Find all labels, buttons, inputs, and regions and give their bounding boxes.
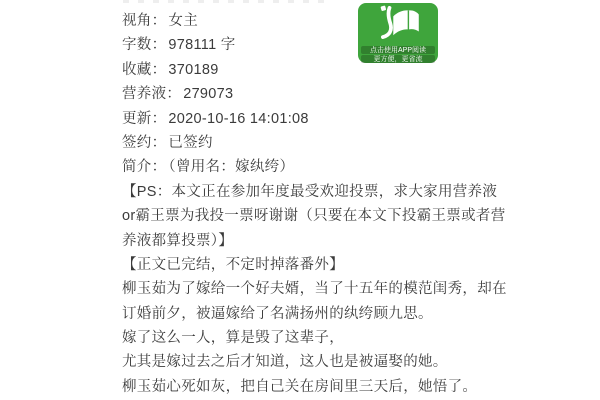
info-row-updated: 更新：2020-10-16 14:01:08 [122, 107, 492, 131]
description-line: 养液都算投票）】 [122, 229, 492, 253]
info-value: 370189 [168, 62, 218, 78]
description-line: 嫁了这么一人，算是毁了这辈子， [122, 326, 492, 350]
info-value: 已签约 [168, 135, 212, 151]
info-value: 279073 [183, 86, 233, 102]
info-label: 签约： [122, 135, 166, 151]
info-label: 收藏： [122, 62, 166, 78]
info-value: （曾用名：嫁纨绔） [168, 159, 294, 175]
description-line: or霸王票为我投一票呀谢谢（只要在本文下投霸王票或者营 [122, 204, 492, 228]
jjwxc-logo-icon [376, 5, 420, 44]
info-value: 女主 [168, 13, 198, 29]
description-line: 【PS：本文正在参加年度最受欢迎投票，求大家用营养液 [122, 180, 492, 204]
info-value: 2020-10-16 14:01:08 [168, 111, 308, 127]
description-line: 订婚前夕，被逼嫁给了名满扬州的纨绔顾九思。 [122, 302, 492, 326]
info-label: 视角： [122, 13, 166, 29]
info-row-intro: 简介：（曾用名：嫁纨绔） [122, 155, 492, 179]
info-label: 简介： [122, 159, 166, 175]
description-line: 柳玉茹为了嫁给一个好夫婿，当了十五年的模范闺秀，却在 [122, 277, 492, 301]
app-badge-text-line2: 更方便，更省流 [361, 55, 435, 63]
info-label: 更新： [122, 111, 166, 127]
clipped-text-remnant [123, 0, 328, 3]
info-row-nutrient: 营养液：279073 [122, 82, 492, 106]
info-label: 营养液： [122, 86, 181, 102]
info-row-contract: 签约：已签约 [122, 131, 492, 155]
novel-info-panel: 视角：女主 字数：978111 字 收藏：370189 营养液：279073 更… [122, 9, 492, 399]
info-row-favorites: 收藏：370189 [122, 58, 492, 82]
app-read-badge[interactable]: 点击使用APP阅读 更方便，更省流 [358, 3, 438, 63]
description-line: 柳玉茹心死如灰，把自己关在房间里三天后，她悟了。 [122, 375, 492, 399]
info-label: 字数： [122, 37, 166, 53]
info-value: 978111 字 [168, 37, 235, 53]
app-badge-text-line1: 点击使用APP阅读 [361, 46, 435, 54]
description-line: 【正文已完结，不定时掉落番外】 [122, 253, 492, 277]
description-line: 尤其是嫁过去之后才知道，这人也是被逼娶的她。 [122, 350, 492, 374]
